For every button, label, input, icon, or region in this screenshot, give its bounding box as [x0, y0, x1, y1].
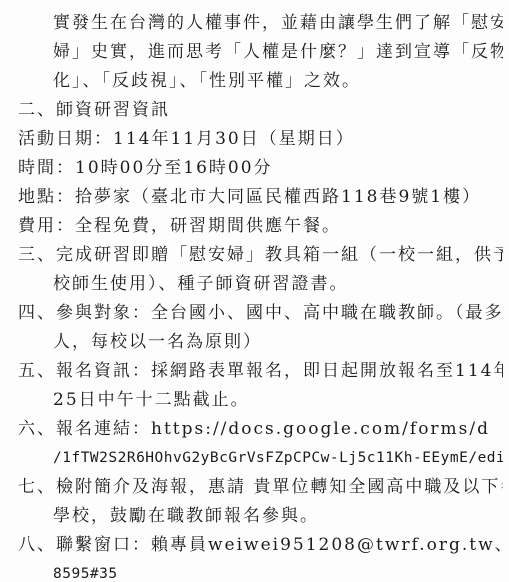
- line-intro-continuation-1: 實發生在台灣的人權事件，並藉由讓學生們了解「慰安: [18, 9, 503, 38]
- line-item-7-notice-1: 七、檢附簡介及海報，惠請 貴單位轉知全國高中職及以下各級: [18, 473, 503, 502]
- line-item-8-contact-2: 8595#35: [18, 560, 503, 582]
- line-intro-continuation-3: 化」、「反歧視」、「性別平權」之效。: [18, 67, 503, 96]
- line-item-7-notice-2: 學校，鼓勵在職教師報名參與。: [18, 502, 503, 531]
- line-activity-fee: 費用：全程免費，研習期間供應午餐。: [18, 212, 503, 241]
- line-item-6-registration-link-label: 六、報名連結：https://docs.google.com/forms/d: [18, 415, 503, 444]
- line-item-3-gift-1: 三、完成研習即贈「慰安婦」教具箱一組（一校一組，供予該: [18, 241, 503, 270]
- line-item-5-registration-2: 25日中午十二點截止。: [18, 386, 503, 415]
- line-activity-time: 時間：10時00分至16時00分: [18, 154, 503, 183]
- line-item-2-heading: 二、師資研習資訊: [18, 96, 503, 125]
- line-item-4-participants-2: 人，每校以一名為原則）: [18, 328, 503, 357]
- line-item-8-contact-1: 八、聯繫窗口：賴專員weiwei951208@twrf.org.tw、(02)2…: [18, 531, 503, 560]
- line-item-3-gift-2: 校師生使用）、種子師資研習證書。: [18, 270, 503, 299]
- line-item-4-participants-1: 四、參與對象：全台國小、國中、高中職在職教師。（最多25: [18, 299, 503, 328]
- line-activity-location: 地點：拾夢家（臺北市大同區民權西路118巷9號1樓）: [18, 183, 503, 212]
- document-page: 實發生在台灣的人權事件，並藉由讓學生們了解「慰安 婦」史實，進而思考「人權是什麼…: [0, 0, 509, 582]
- line-item-6-registration-link-url: /1fTW2S2R6HOhvG2yBcGrVsFZpCPCw-Lj5c11Kh-…: [18, 444, 503, 473]
- line-item-5-registration-1: 五、報名資訊：採網路表單報名，即日起開放報名至114年11月: [18, 357, 503, 386]
- line-intro-continuation-2: 婦」史實，進而思考「人權是什麼？」達到宣導「反物: [18, 38, 503, 67]
- line-activity-date: 活動日期：114年11月30日（星期日）: [18, 125, 503, 154]
